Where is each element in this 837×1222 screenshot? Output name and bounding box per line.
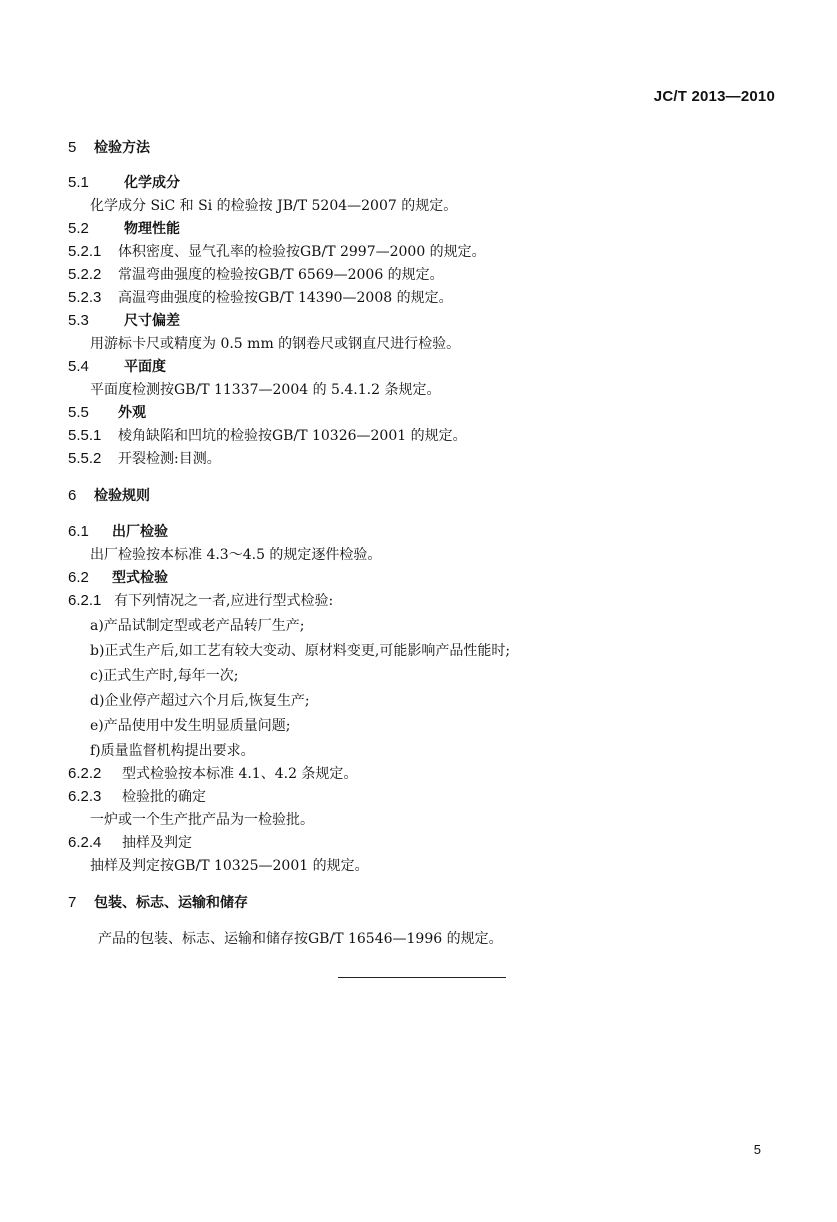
clause-title: 抽样及判定: [122, 835, 192, 851]
section-6-1-text: 出厂检验按本标准 4.3～4.5 的规定逐件检验。: [90, 545, 381, 565]
section-6-2-3-text: 一炉或一个生产批产品为一检验批。: [90, 810, 314, 830]
clause-text: 棱角缺陷和凹坑的检验按GB/T 10326—2001 的规定。: [118, 428, 467, 444]
clause-number: 5.5.2: [68, 449, 118, 469]
clause-number: 5.4: [68, 357, 124, 377]
page-number: 5: [754, 1142, 761, 1157]
list-item-c: c)正式生产时,每年一次;: [90, 666, 238, 686]
section-5-5-2: 5.5.2开裂检测:目测。: [68, 449, 221, 469]
clause-number: 5.2: [68, 219, 124, 239]
section-5-3-text: 用游标卡尺或精度为 0.5 mm 的钢卷尺或钢直尺进行检验。: [90, 334, 460, 354]
standard-code-header: JC/T 2013—2010: [654, 88, 775, 105]
section-number: 6: [68, 486, 94, 506]
section-title: 检验方法: [94, 140, 150, 156]
list-item-a: a)产品试制定型或老产品转厂生产;: [90, 616, 305, 636]
section-6-2-heading: 6.2型式检验: [68, 568, 168, 588]
section-6-2-1: 6.2.1有下列情况之一者,应进行型式检验:: [68, 591, 333, 611]
section-5-2-heading: 5.2物理性能: [68, 219, 180, 239]
section-6-heading: 6检验规则: [68, 486, 150, 506]
clause-number: 5.5: [68, 403, 118, 423]
section-number: 5: [68, 138, 94, 158]
clause-number: 6.1: [68, 522, 112, 542]
list-item-b: b)正式生产后,如工艺有较大变动、原材料变更,可能影响产品性能时;: [90, 641, 510, 661]
list-item-e: e)产品使用中发生明显质量问题;: [90, 716, 290, 736]
section-6-2-3-heading: 6.2.3检验批的确定: [68, 787, 206, 807]
section-6-2-4-heading: 6.2.4抽样及判定: [68, 833, 192, 853]
section-6-2-2: 6.2.2型式检验按本标准 4.1、4.2 条规定。: [68, 764, 357, 784]
section-5-2-3: 5.2.3高温弯曲强度的检验按GB/T 14390—2008 的规定。: [68, 288, 453, 308]
list-item-f: f)质量监督机构提出要求。: [90, 741, 255, 761]
clause-number: 6.2.4: [68, 833, 122, 853]
section-5-2-1: 5.2.1体积密度、显气孔率的检验按GB/T 2997—2000 的规定。: [68, 242, 486, 262]
section-5-heading: 5检验方法: [68, 138, 150, 158]
section-5-5-1: 5.5.1棱角缺陷和凹坑的检验按GB/T 10326—2001 的规定。: [68, 426, 467, 446]
clause-title: 出厂检验: [112, 524, 168, 540]
end-rule-divider: [338, 977, 506, 978]
clause-number: 5.3: [68, 311, 124, 331]
section-7-heading: 7包装、标志、运输和储存: [68, 893, 248, 913]
clause-title: 检验批的确定: [122, 789, 206, 805]
clause-text: 体积密度、显气孔率的检验按GB/T 2997—2000 的规定。: [118, 244, 486, 260]
clause-title: 平面度: [124, 359, 166, 375]
clause-number: 5.1: [68, 173, 124, 193]
section-5-4-text: 平面度检测按GB/T 11337—2004 的 5.4.1.2 条规定。: [90, 380, 440, 400]
section-number: 7: [68, 893, 94, 913]
clause-number: 6.2.1: [68, 591, 114, 611]
section-5-2-2: 5.2.2常温弯曲强度的检验按GB/T 6569—2006 的规定。: [68, 265, 444, 285]
section-5-5-heading: 5.5外观: [68, 403, 146, 423]
clause-text: 高温弯曲强度的检验按GB/T 14390—2008 的规定。: [118, 290, 453, 306]
clause-number: 5.2.3: [68, 288, 118, 308]
section-5-3-heading: 5.3尺寸偏差: [68, 311, 180, 331]
clause-number: 6.2.2: [68, 764, 122, 784]
clause-title: 外观: [118, 405, 146, 421]
section-5-4-heading: 5.4平面度: [68, 357, 166, 377]
clause-number: 6.2: [68, 568, 112, 588]
clause-title: 尺寸偏差: [124, 313, 180, 329]
clause-title: 物理性能: [124, 221, 180, 237]
clause-number: 6.2.3: [68, 787, 122, 807]
clause-text: 型式检验按本标准 4.1、4.2 条规定。: [122, 766, 357, 782]
clause-number: 5.2.1: [68, 242, 118, 262]
list-item-d: d)企业停产超过六个月后,恢复生产;: [90, 691, 310, 711]
clause-title: 型式检验: [112, 570, 168, 586]
clause-text: 开裂检测:目测。: [118, 451, 221, 467]
clause-title: 化学成分: [124, 175, 180, 191]
section-title: 检验规则: [94, 488, 150, 504]
section-6-2-4-text: 抽样及判定按GB/T 10325—2001 的规定。: [90, 856, 369, 876]
clause-text: 常温弯曲强度的检验按GB/T 6569—2006 的规定。: [118, 267, 444, 283]
clause-number: 5.5.1: [68, 426, 118, 446]
clause-text: 有下列情况之一者,应进行型式检验:: [114, 593, 333, 609]
section-5-1-text: 化学成分 SiC 和 Si 的检验按 JB/T 5204—2007 的规定。: [90, 196, 457, 216]
clause-number: 5.2.2: [68, 265, 118, 285]
section-5-1-heading: 5.1化学成分: [68, 173, 180, 193]
section-7-text: 产品的包装、标志、运输和储存按GB/T 16546—1996 的规定。: [98, 929, 503, 949]
section-title: 包装、标志、运输和储存: [94, 895, 248, 911]
section-6-1-heading: 6.1出厂检验: [68, 522, 168, 542]
